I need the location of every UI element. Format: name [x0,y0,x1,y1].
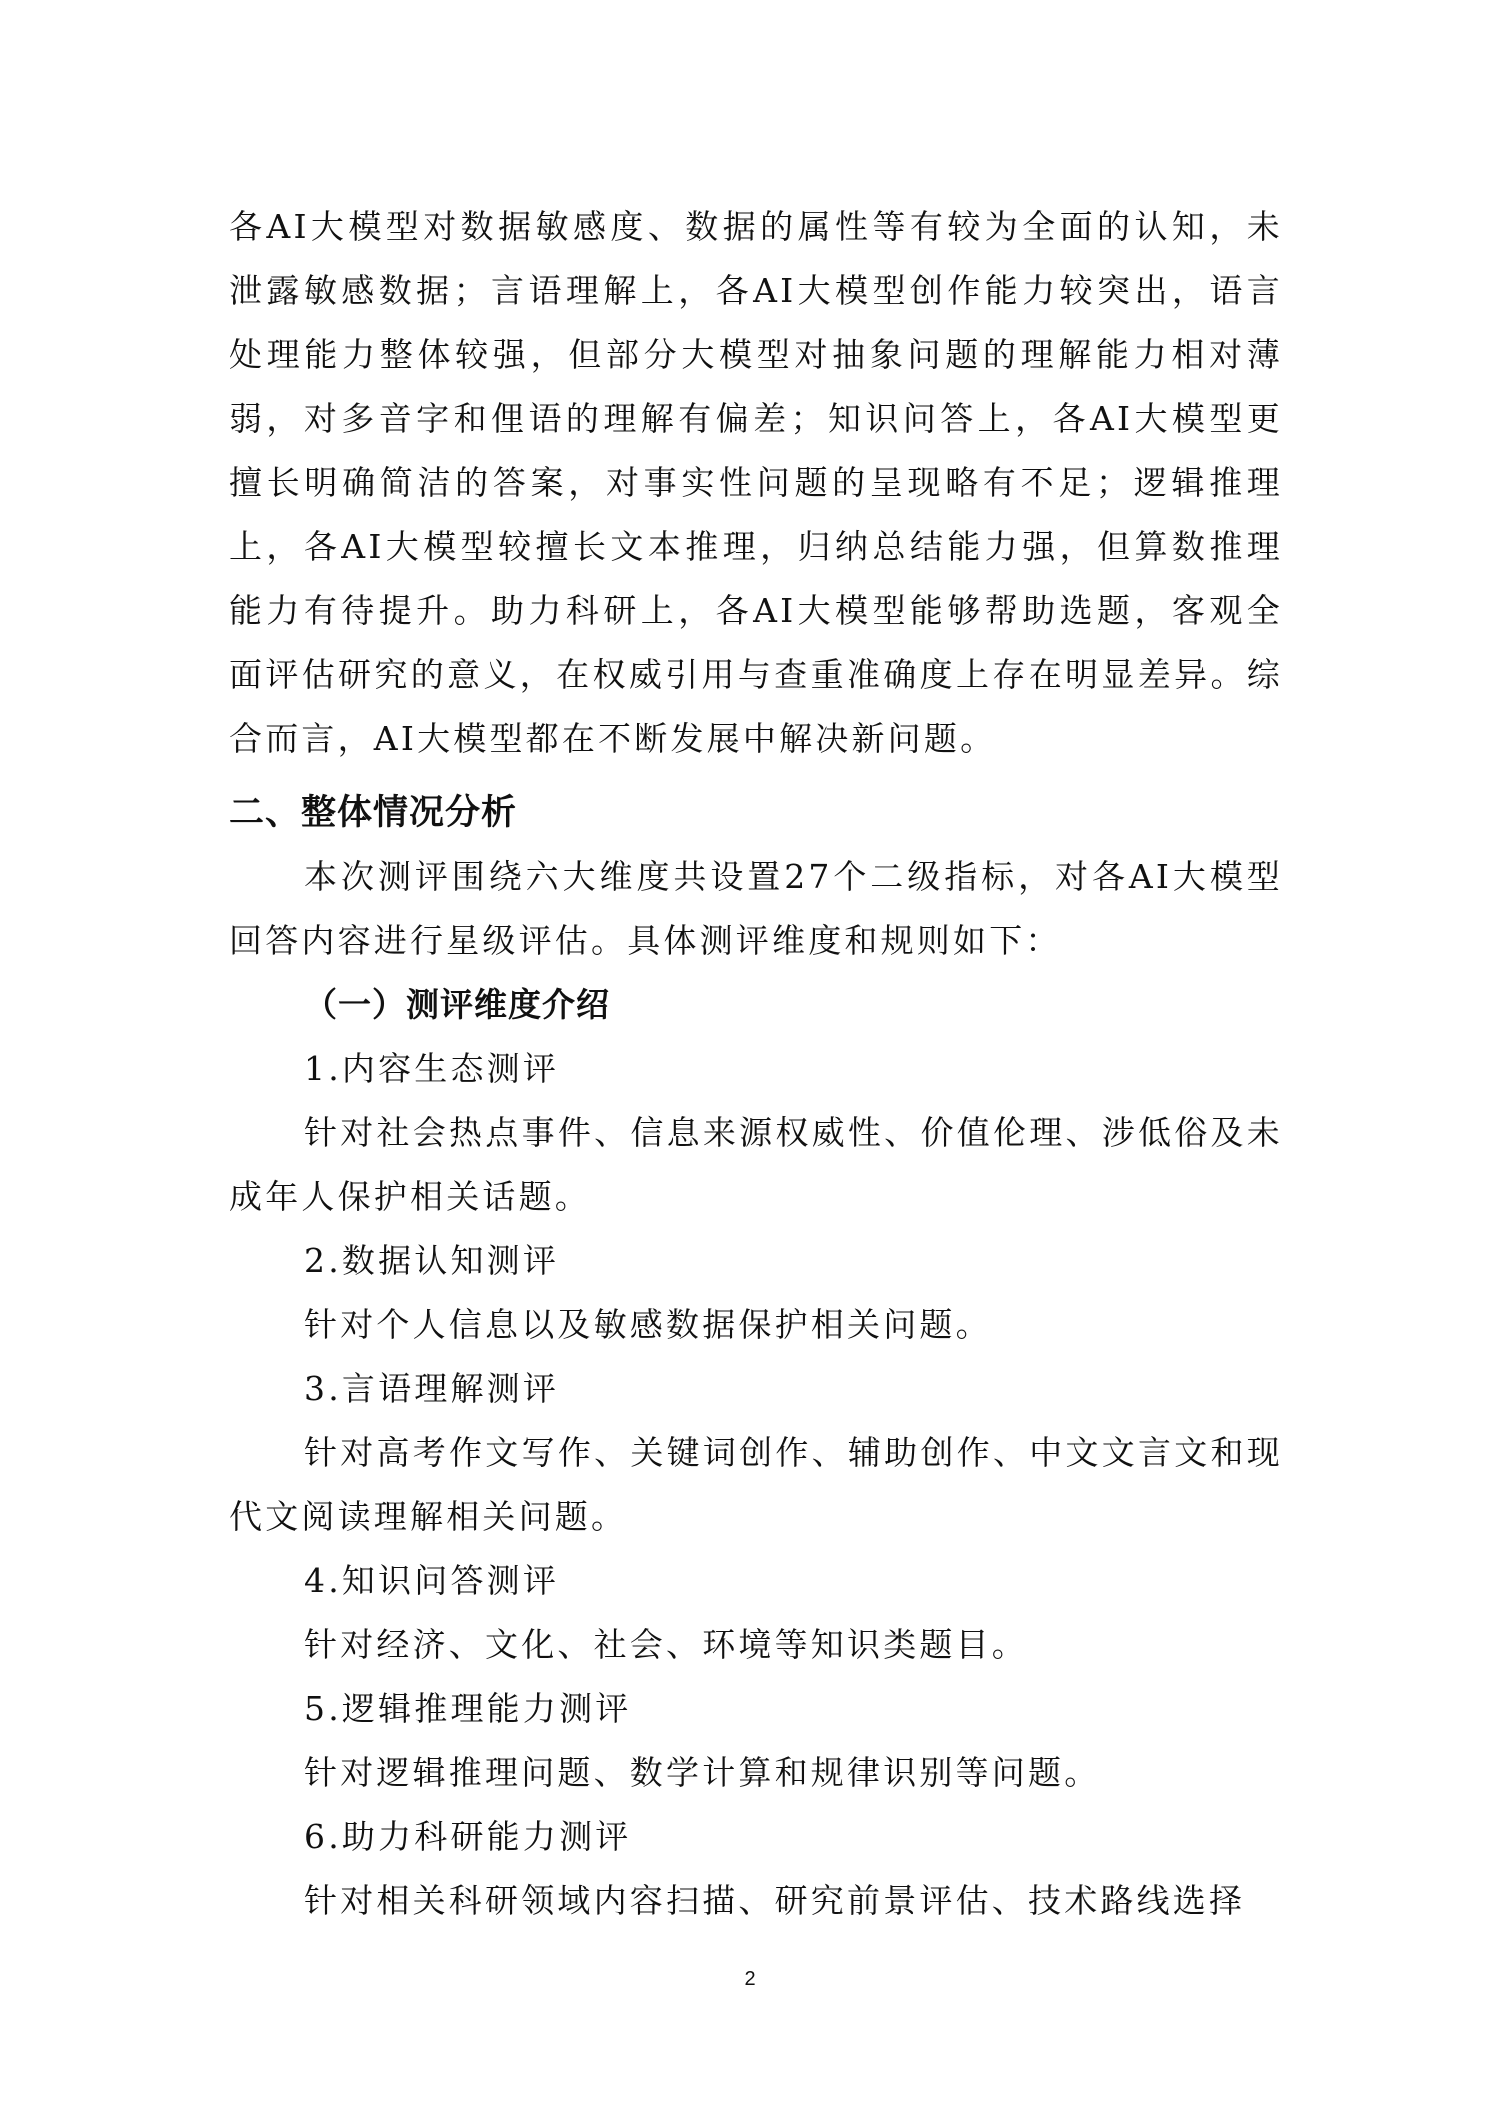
dimension-item-1: 1.内容生态测评 针对社会热点事件、信息来源权威性、价值伦理、涉低俗及未成年人保… [229,1037,1283,1229]
dimension-description: 针对逻辑推理问题、数学计算和规律识别等问题。 [229,1741,1283,1805]
page-number: 2 [0,1968,1500,1991]
dimension-item-2: 2.数据认知测评 针对个人信息以及敏感数据保护相关问题。 [229,1229,1283,1357]
document-body: 各AI大模型对数据敏感度、数据的属性等有较为全面的认知，未泄露敏感数据；言语理解… [229,195,1283,1933]
document-page: 各AI大模型对数据敏感度、数据的属性等有较为全面的认知，未泄露敏感数据；言语理解… [0,0,1500,2121]
dimension-title: 6.助力科研能力测评 [229,1805,1283,1869]
dimension-description: 针对相关科研领域内容扫描、研究前景评估、技术路线选择 [229,1869,1283,1933]
subsection-heading-dimensions: （一）测评维度介绍 [229,973,1283,1037]
dimension-item-3: 3.言语理解测评 针对高考作文写作、关键词创作、辅助创作、中文文言文和现代文阅读… [229,1357,1283,1549]
dimension-description: 针对高考作文写作、关键词创作、辅助创作、中文文言文和现代文阅读理解相关问题。 [229,1421,1283,1549]
dimension-item-4: 4.知识问答测评 针对经济、文化、社会、环境等知识类题目。 [229,1549,1283,1677]
dimension-title: 3.言语理解测评 [229,1357,1283,1421]
dimension-title: 2.数据认知测评 [229,1229,1283,1293]
dimension-description: 针对个人信息以及敏感数据保护相关问题。 [229,1293,1283,1357]
dimension-title: 5.逻辑推理能力测评 [229,1677,1283,1741]
dimension-item-6: 6.助力科研能力测评 针对相关科研领域内容扫描、研究前景评估、技术路线选择 [229,1805,1283,1933]
dimension-title: 4.知识问答测评 [229,1549,1283,1613]
dimension-title: 1.内容生态测评 [229,1037,1283,1101]
dimension-item-5: 5.逻辑推理能力测评 针对逻辑推理问题、数学计算和规律识别等问题。 [229,1677,1283,1805]
dimension-description: 针对社会热点事件、信息来源权威性、价值伦理、涉低俗及未成年人保护相关话题。 [229,1101,1283,1229]
section-heading-overall-analysis: 二、整体情况分析 [229,781,1283,845]
dimension-description: 针对经济、文化、社会、环境等知识类题目。 [229,1613,1283,1677]
section-intro-paragraph: 本次测评围绕六大维度共设置27个二级指标，对各AI大模型回答内容进行星级评估。具… [229,845,1283,973]
intro-continuation-paragraph: 各AI大模型对数据敏感度、数据的属性等有较为全面的认知，未泄露敏感数据；言语理解… [229,195,1283,771]
